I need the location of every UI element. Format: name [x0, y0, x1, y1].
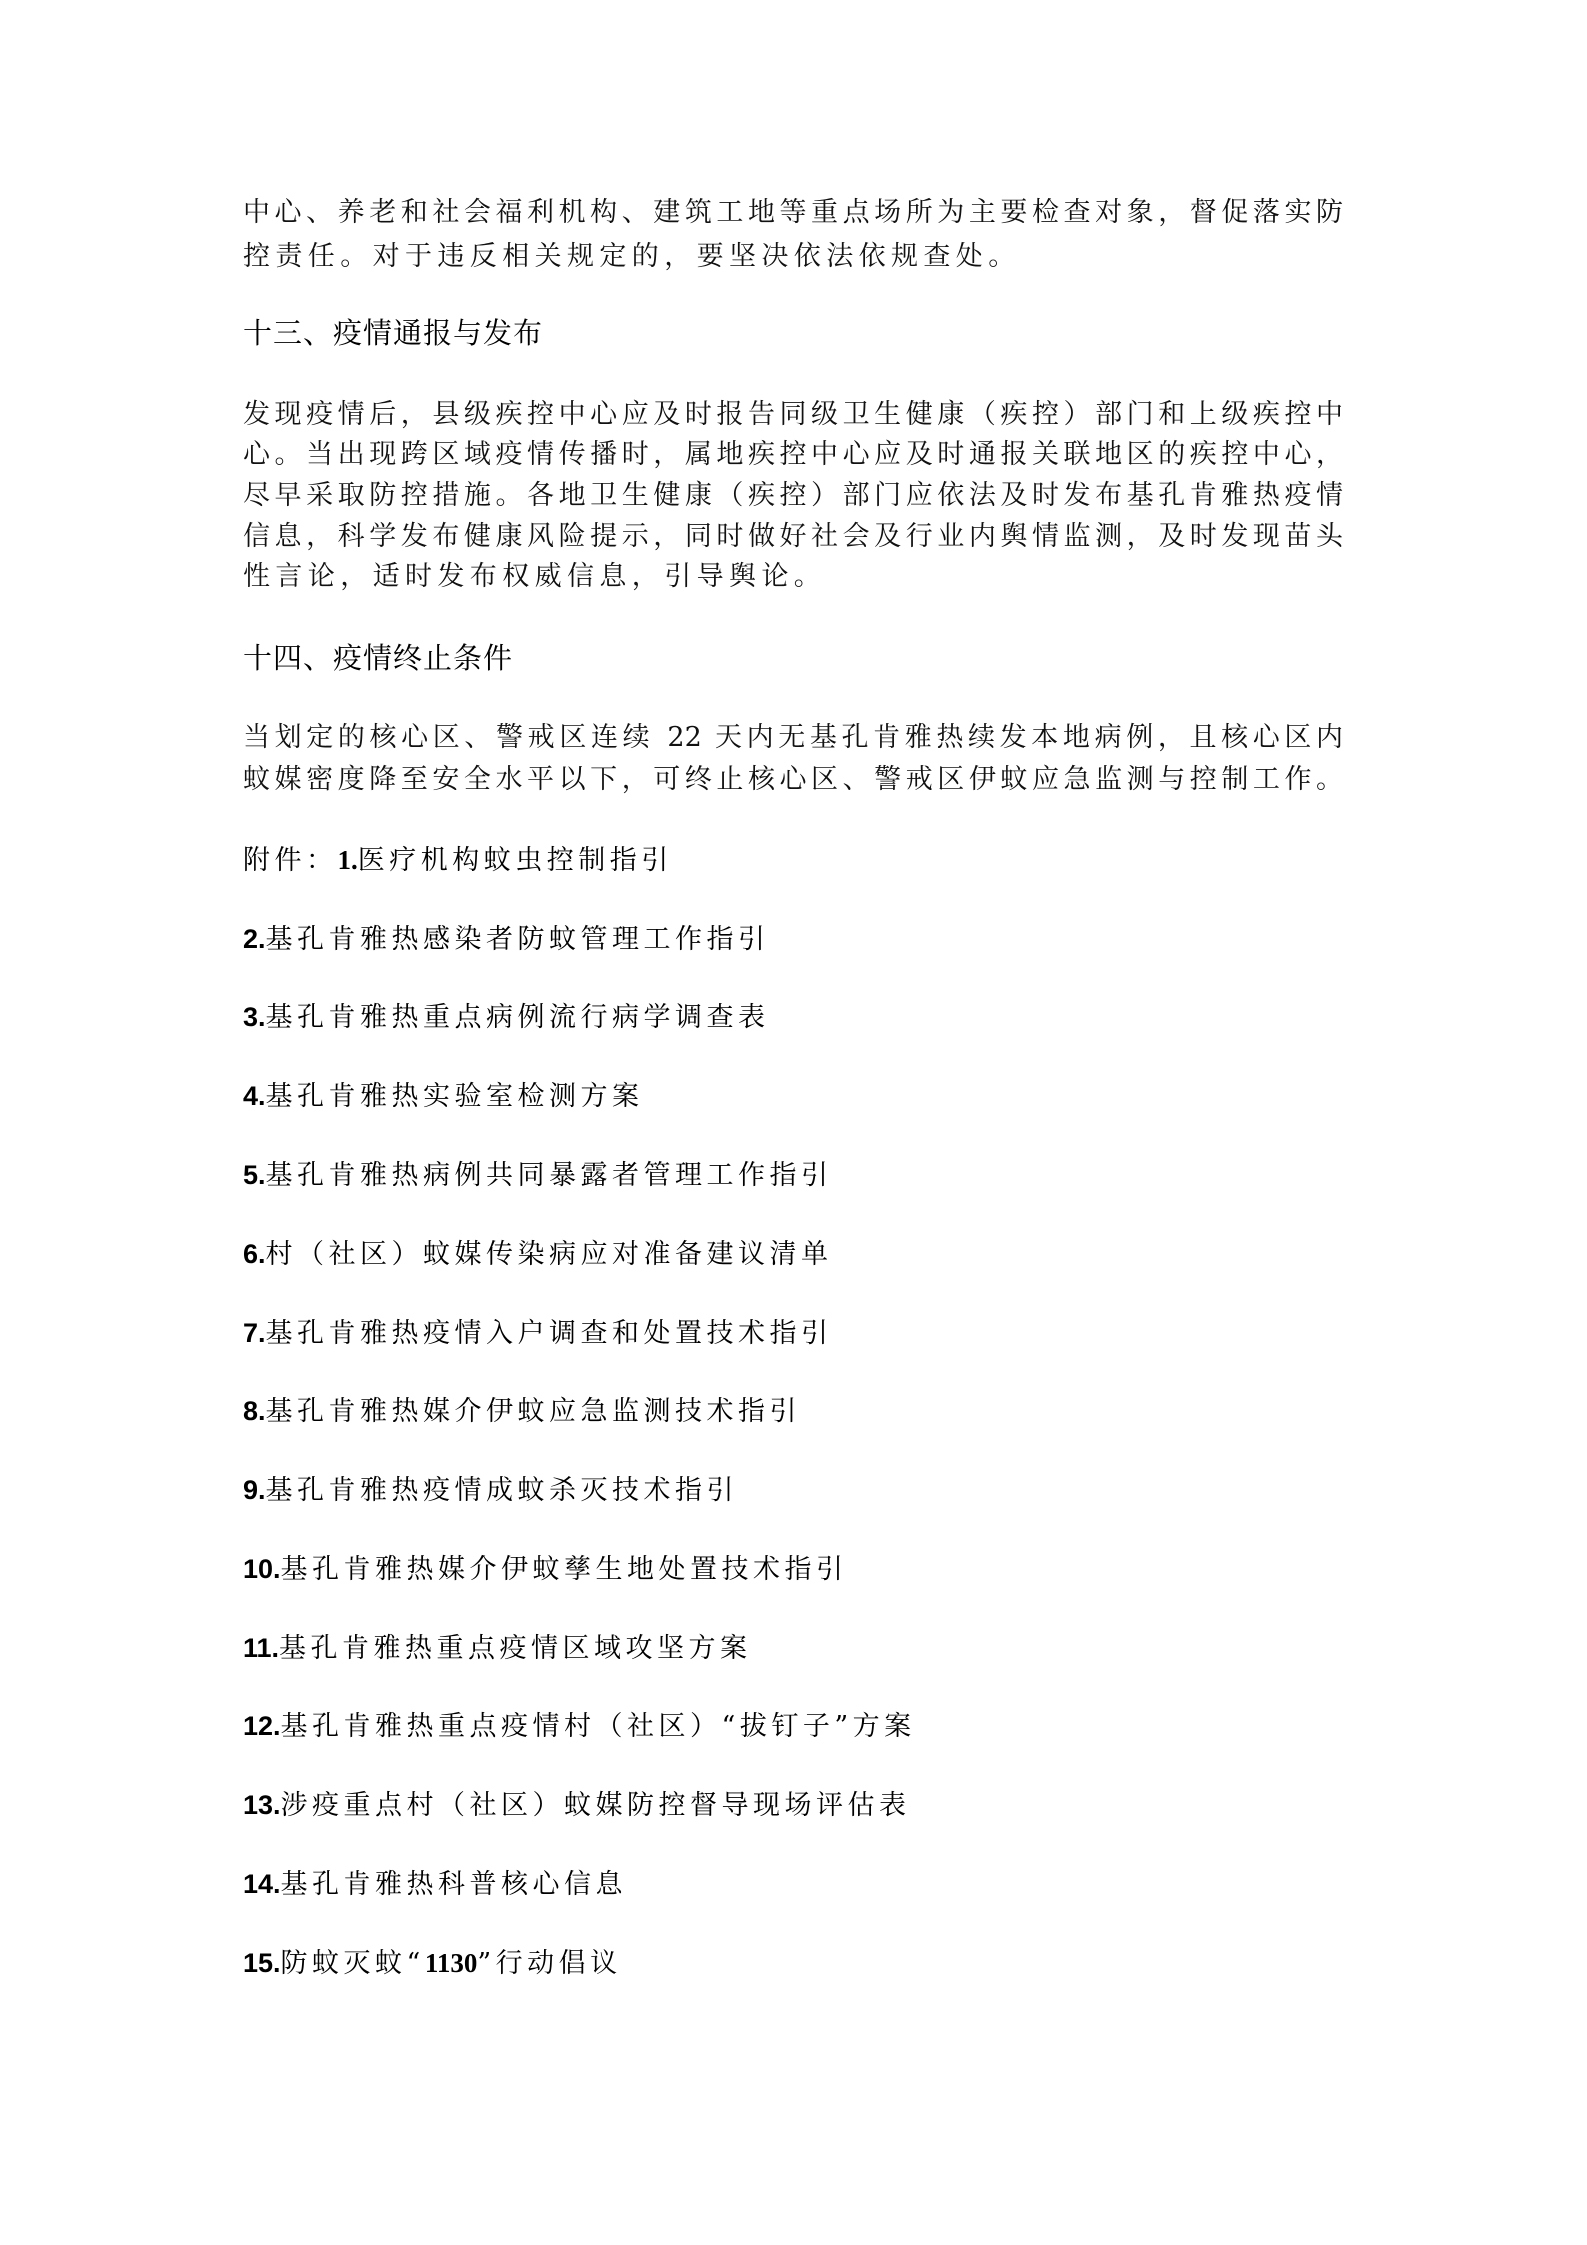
paragraph-line: 当划定的核心区、警戒区连续 22 天内无基孔肯雅热续发本地病例，且核心区内 [243, 718, 1343, 758]
attachment-number: 8. [243, 1396, 266, 1426]
attachment-number: 9. [243, 1475, 266, 1505]
attachment-item-3: 3.基孔肯雅热重点病例流行病学调查表 [243, 997, 770, 1037]
attachment-title: 基孔肯雅热媒介伊蚊孳生地处置技术指引 [281, 1554, 848, 1585]
attachment-item-4: 4.基孔肯雅热实验室检测方案 [243, 1076, 644, 1116]
attachment-title: 基孔肯雅热病例共同暴露者管理工作指引 [266, 1160, 833, 1191]
attachment-title: 基孔肯雅热实验室检测方案 [266, 1081, 644, 1112]
attachment-title: 基孔肯雅热重点疫情村（社区）“拔钉子”方案 [281, 1711, 916, 1742]
paragraph-line: 中心、养老和社会福利机构、建筑工地等重点场所为主要检查对象，督促落实防 [243, 193, 1343, 233]
attachment-number: 10. [243, 1554, 281, 1584]
paragraph-line: 蚊媒密度降至安全水平以下，可终止核心区、警戒区伊蚊应急监测与控制工作。 [243, 760, 1343, 800]
attachment-number: 12. [243, 1711, 281, 1741]
attachment-number: 5. [243, 1160, 266, 1190]
attachment-item-10: 10.基孔肯雅热媒介伊蚊孳生地处置技术指引 [243, 1549, 848, 1589]
attachment-number: 15. [243, 1948, 281, 1978]
attachment-title: 基孔肯雅热感染者防蚊管理工作指引 [266, 924, 770, 955]
paragraph-line: 信息，科学发布健康风险提示，同时做好社会及行业内舆情监测，及时发现苗头 [243, 517, 1343, 557]
attachment-title: 基孔肯雅热疫情入户调查和处置技术指引 [266, 1318, 833, 1349]
attachment-title: 涉疫重点村（社区）蚊媒防控督导现场评估表 [281, 1790, 911, 1821]
section-heading-14: 十四、疫情终止条件 [243, 636, 513, 680]
attachment-item-5: 5.基孔肯雅热病例共同暴露者管理工作指引 [243, 1155, 833, 1195]
attachment-title: 医疗机构蚊虫控制指引 [358, 845, 673, 876]
attachment-title: 村（社区）蚊媒传染病应对准备建议清单 [266, 1239, 833, 1270]
attachments-label: 附件： [243, 845, 338, 876]
paragraph-line: 性言论，适时发布权威信息，引导舆论。 [243, 557, 1343, 597]
attachment-number: 2. [243, 924, 266, 954]
attachment-item-12: 12.基孔肯雅热重点疫情村（社区）“拔钉子”方案 [243, 1706, 916, 1746]
attachment-item-11: 11.基孔肯雅热重点疫情区域攻坚方案 [243, 1628, 752, 1668]
attachment-title: 基孔肯雅热重点病例流行病学调查表 [266, 1002, 770, 1033]
attachment-item-1: 附件：1.医疗机构蚊虫控制指引 [243, 840, 673, 880]
attachment-item-14: 14.基孔肯雅热科普核心信息 [243, 1864, 627, 1904]
attachment-title: 基孔肯雅热科普核心信息 [281, 1869, 628, 1900]
attachment-number: 3. [243, 1002, 266, 1032]
attachment-item-13: 13.涉疫重点村（社区）蚊媒防控督导现场评估表 [243, 1785, 911, 1825]
attachment-item-2: 2.基孔肯雅热感染者防蚊管理工作指引 [243, 919, 770, 959]
attachment-number: 7. [243, 1318, 266, 1348]
paragraph-line: 尽早采取防控措施。各地卫生健康（疾控）部门应依法及时发布基孔肯雅热疫情 [243, 476, 1343, 516]
attachment-item-7: 7.基孔肯雅热疫情入户调查和处置技术指引 [243, 1313, 833, 1353]
attachment-item-6: 6.村（社区）蚊媒传染病应对准备建议清单 [243, 1234, 833, 1274]
attachment-title-emphasis: 1130 [425, 1948, 478, 1978]
section-heading-13: 十三、疫情通报与发布 [243, 311, 543, 355]
attachment-number: 14. [243, 1869, 281, 1899]
attachment-title: 基孔肯雅热媒介伊蚊应急监测技术指引 [266, 1396, 802, 1427]
attachment-title: 防蚊灭蚊“ [281, 1948, 425, 1979]
paragraph-line: 心。当出现跨区域疫情传播时，属地疾控中心应及时通报关联地区的疾控中心， [243, 435, 1343, 475]
attachment-number: 1. [338, 845, 358, 875]
attachment-title: 基孔肯雅热疫情成蚊杀灭技术指引 [266, 1475, 739, 1506]
attachment-number: 13. [243, 1790, 281, 1820]
attachment-item-9: 9.基孔肯雅热疫情成蚊杀灭技术指引 [243, 1470, 738, 1510]
attachment-title: 基孔肯雅热重点疫情区域攻坚方案 [279, 1633, 752, 1664]
attachment-item-15: 15.防蚊灭蚊“1130”行动倡议 [243, 1943, 622, 1983]
paragraph-line: 控责任。对于违反相关规定的，要坚决依法依规查处。 [243, 237, 1343, 277]
paragraph-line: 发现疫情后，县级疾控中心应及时报告同级卫生健康（疾控）部门和上级疾控中 [243, 395, 1343, 435]
attachment-number: 11. [243, 1633, 279, 1663]
attachment-title: ”行动倡议 [477, 1948, 621, 1979]
attachment-number: 4. [243, 1081, 266, 1111]
attachment-number: 6. [243, 1239, 266, 1269]
attachment-item-8: 8.基孔肯雅热媒介伊蚊应急监测技术指引 [243, 1391, 801, 1431]
